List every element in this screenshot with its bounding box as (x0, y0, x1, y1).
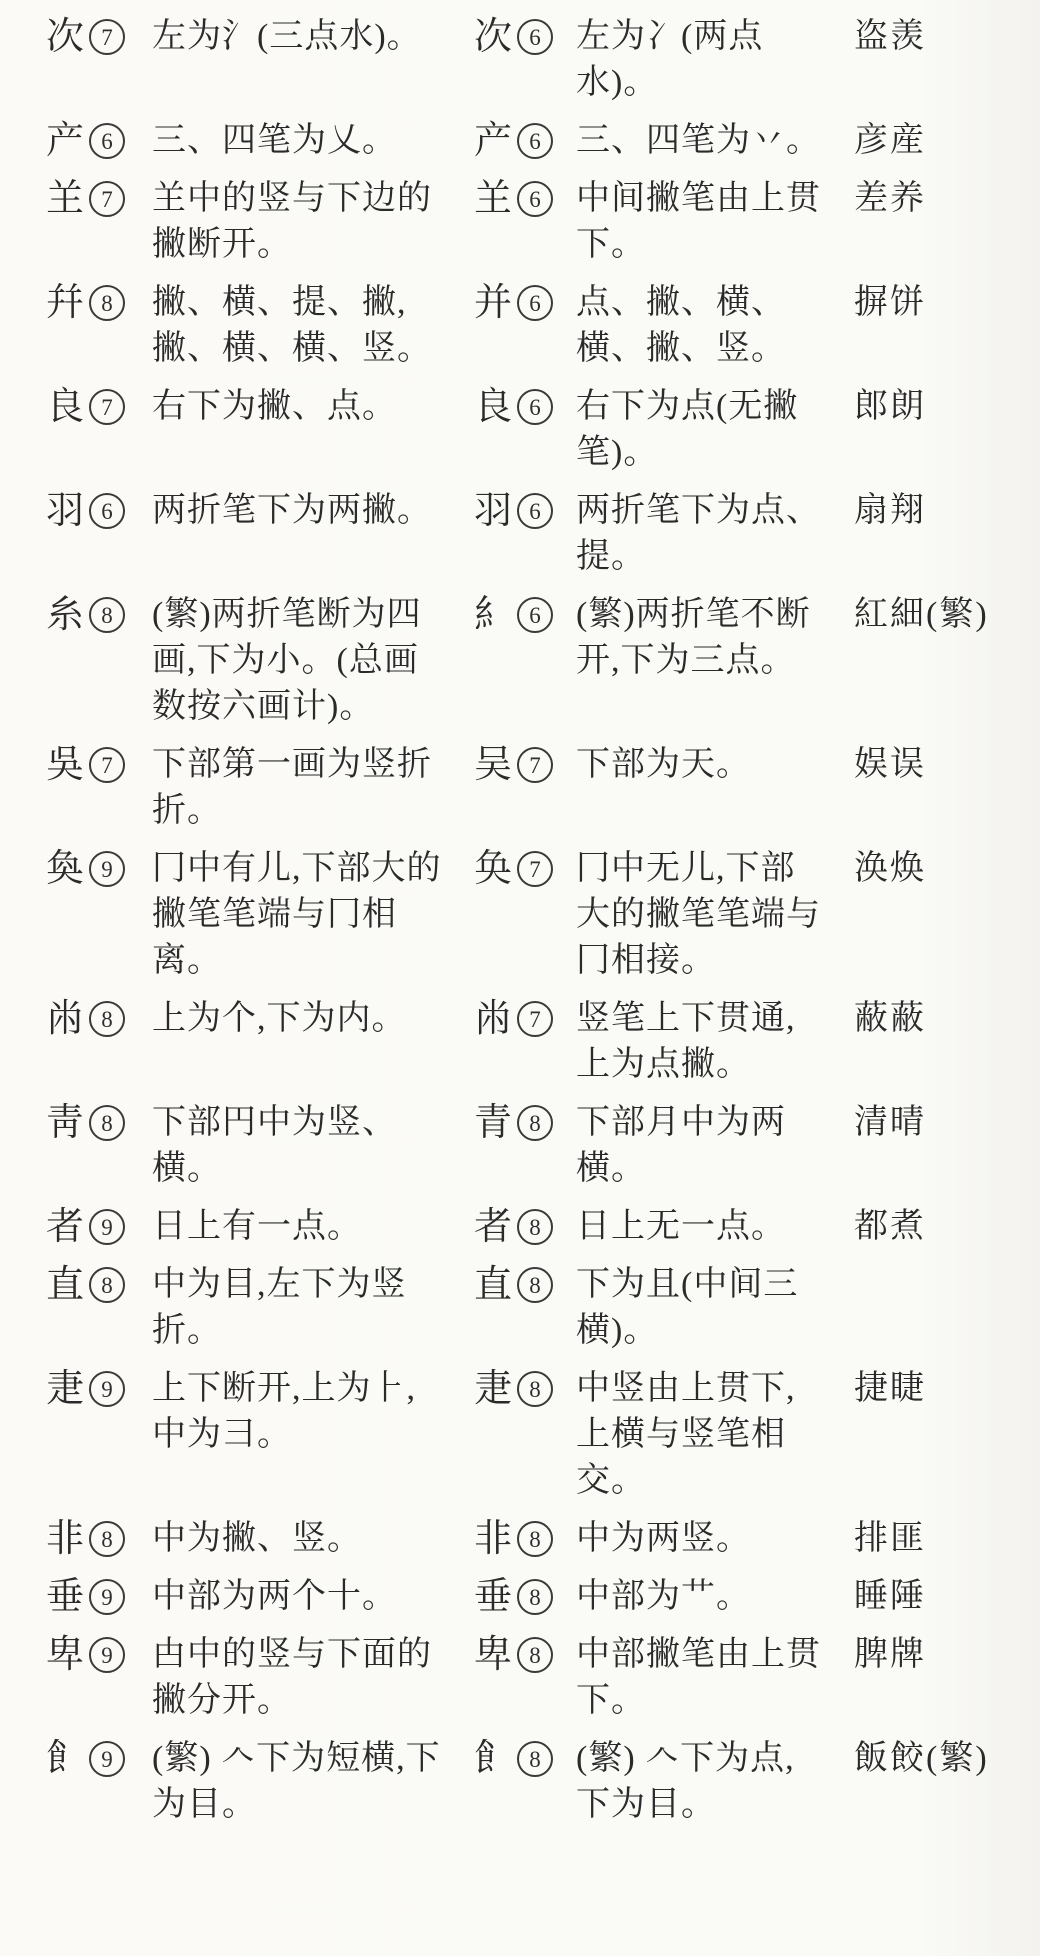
table-row: 奐 9 冂中有儿,下部大的撇笔笔端与冂相离。 奂 7 冂中无儿,下部大的撇笔笔端… (46, 846, 1040, 984)
example-chars: 清晴 (828, 1100, 1016, 1146)
new-stroke-count-badge: 8 (517, 1209, 553, 1245)
new-stroke-count-badge: 8 (517, 1637, 553, 1673)
new-form-description: 中部为艹。 (576, 1574, 828, 1620)
old-form-head: 卑 9 (46, 1632, 152, 1678)
old-form-description: 左为氵(三点水)。 (152, 14, 448, 60)
old-form-description: 上为个,下为内。 (152, 996, 448, 1042)
new-form-char: 直 (474, 1262, 512, 1308)
old-form-char: 疌 (46, 1366, 84, 1412)
old-form-char: 非 (46, 1516, 84, 1562)
old-stroke-count-badge: 8 (89, 1267, 125, 1303)
new-stroke-count-badge: 8 (517, 1105, 553, 1141)
old-form-description: 两折笔下为两撇。 (152, 488, 448, 534)
new-form-head: 疌 8 (474, 1366, 576, 1412)
new-form-head: 飠 8 (474, 1736, 576, 1782)
old-stroke-count-badge: 9 (89, 1371, 125, 1407)
table-row: 直 8 中为目,左下为竖折。 直 8 下为且(中间三横)。 (46, 1262, 1040, 1354)
old-form-head: 糸 8 (46, 592, 152, 638)
table-row: 良 7 右下为撇、点。 良 6 右下为点(无撇笔)。 郎朗 (46, 384, 1040, 476)
example-chars: 差养 (828, 176, 1016, 222)
old-stroke-count-badge: 9 (89, 1579, 125, 1615)
old-form-char: 𦍌 (46, 176, 84, 222)
table-row: 次 7 左为氵(三点水)。 次 6 左为冫(两点水)。 盗羡 (46, 14, 1040, 106)
new-form-head: 青 8 (474, 1100, 576, 1146)
old-form-head: 㡀 8 (46, 996, 152, 1042)
old-form-char: 次 (46, 14, 84, 60)
new-form-description: 三、四笔为丷。 (576, 118, 828, 164)
old-form-description: 𦍌中的竖与下边的撇断开。 (152, 176, 448, 268)
new-form-head: 次 6 (474, 14, 576, 60)
old-form-char: 良 (46, 384, 84, 430)
old-form-head: 靑 8 (46, 1100, 152, 1146)
new-stroke-count-badge: 6 (517, 123, 553, 159)
old-form-description: 撇、横、提、撇,撇、横、横、竖。 (152, 280, 448, 372)
new-form-head: 奂 7 (474, 846, 576, 892)
old-form-char: 奐 (46, 846, 84, 892)
new-form-char: 𦍌 (474, 176, 512, 222)
new-form-description: 竖笔上下贯通,上为点撇。 (576, 996, 828, 1088)
table-row: 非 8 中为撇、竖。 非 8 中为两竖。 排匪 (46, 1516, 1040, 1562)
old-stroke-count-badge: 8 (89, 597, 125, 633)
table-row: 𦍌 7 𦍌中的竖与下边的撇断开。 𦍌 6 中间撇笔由上贯下。 差养 (46, 176, 1040, 268)
new-form-char: 非 (474, 1516, 512, 1562)
table-row: 飠 9 (繁) 𠆢下为短横,下为目。 飠 8 (繁) 𠆢下为点,下为目。 飯餃(… (46, 1736, 1040, 1828)
example-chars: 娱误 (828, 742, 1016, 788)
new-form-description: 中竖由上贯下,上横与竖笔相交。 (576, 1366, 828, 1504)
table-row: 幷 8 撇、横、提、撇,撇、横、横、竖。 并 6 点、撇、横、横、撇、竖。 摒饼 (46, 280, 1040, 372)
new-form-char: 良 (474, 384, 512, 430)
example-chars: 脾牌 (828, 1632, 1016, 1678)
old-stroke-count-badge: 9 (89, 1209, 125, 1245)
old-form-description: 中为撇、竖。 (152, 1516, 448, 1562)
old-form-char: 直 (46, 1262, 84, 1308)
new-form-description: 下为且(中间三横)。 (576, 1262, 828, 1354)
old-stroke-count-badge: 6 (89, 493, 125, 529)
old-stroke-count-badge: 8 (89, 285, 125, 321)
old-stroke-count-badge: 9 (89, 1741, 125, 1777)
new-form-description: 两折笔下为点、提。 (576, 488, 828, 580)
new-form-char: 羽 (474, 488, 512, 534)
table-row: 疌 9 上下断开,上为⺊,中为彐。 疌 8 中竖由上贯下,上横与竖笔相交。 捷睫 (46, 1366, 1040, 1504)
old-form-char: 吳 (46, 742, 84, 788)
table-row: 㡀 8 上为个,下为内。 㡀 7 竖笔上下贯通,上为点撇。 蔽蔽 (46, 996, 1040, 1088)
new-form-char: 青 (474, 1100, 512, 1146)
table-row: 糸 8 (繁)两折笔断为四画,下为小。(总画数按六画计)。 糹 6 (繁)两折笔… (46, 592, 1040, 730)
old-stroke-count-badge: 7 (89, 19, 125, 55)
example-chars: 蔽蔽 (828, 996, 1016, 1042)
old-stroke-count-badge: 7 (89, 389, 125, 425)
table-row: 卑 9 甴中的竖与下面的撇分开。 卑 8 中部撇笔由上贯下。 脾牌 (46, 1632, 1040, 1724)
old-form-head: 次 7 (46, 14, 152, 60)
old-form-char: 卑 (46, 1632, 84, 1678)
old-form-char: 飠 (46, 1736, 84, 1782)
new-form-head: 卑 8 (474, 1632, 576, 1678)
old-form-head: 奐 9 (46, 846, 152, 892)
new-form-char: 飠 (474, 1736, 512, 1782)
table-row: 靑 8 下部円中为竖、横。 青 8 下部月中为两横。 清晴 (46, 1100, 1040, 1192)
new-form-description: 中间撇笔由上贯下。 (576, 176, 828, 268)
new-form-description: 点、撇、横、横、撇、竖。 (576, 280, 828, 372)
old-form-description: 上下断开,上为⺊,中为彐。 (152, 1366, 448, 1458)
new-form-head: 直 8 (474, 1262, 576, 1308)
new-stroke-count-badge: 8 (517, 1741, 553, 1777)
new-form-description: (繁) 𠆢下为点,下为目。 (576, 1736, 828, 1828)
table-row: 羽 6 两折笔下为两撇。 羽 6 两折笔下为点、提。 扇翔 (46, 488, 1040, 580)
old-form-description: (繁)两折笔断为四画,下为小。(总画数按六画计)。 (152, 592, 448, 730)
new-stroke-count-badge: 6 (517, 597, 553, 633)
old-form-description: 日上有一点。 (152, 1204, 448, 1250)
old-form-description: 中为目,左下为竖折。 (152, 1262, 448, 1354)
example-chars: 盗羡 (828, 14, 1016, 60)
new-stroke-count-badge: 8 (517, 1371, 553, 1407)
new-form-description: 日上无一点。 (576, 1204, 828, 1250)
old-form-char: 者 (46, 1204, 84, 1250)
old-form-char: 幷 (46, 280, 84, 326)
new-form-description: 中部撇笔由上贯下。 (576, 1632, 828, 1724)
new-form-head: 垂 8 (474, 1574, 576, 1620)
new-form-char: 次 (474, 14, 512, 60)
new-form-description: 下部月中为两横。 (576, 1100, 828, 1192)
example-chars: 郎朗 (828, 384, 1016, 430)
new-form-description: (繁)两折笔不断开,下为三点。 (576, 592, 828, 684)
old-form-description: 下部円中为竖、横。 (152, 1100, 448, 1192)
new-stroke-count-badge: 6 (517, 493, 553, 529)
old-stroke-count-badge: 7 (89, 181, 125, 217)
example-chars: 摒饼 (828, 280, 1016, 326)
new-form-char: 吴 (474, 742, 512, 788)
table-row: 产 6 三、四笔为乂。 产 6 三、四笔为丷。 彦産 (46, 118, 1040, 164)
new-form-head: 糹 6 (474, 592, 576, 638)
old-form-head: 羽 6 (46, 488, 152, 534)
example-chars: 捷睫 (828, 1366, 1016, 1412)
old-form-char: 靑 (46, 1100, 84, 1146)
new-form-char: 产 (474, 118, 512, 164)
new-stroke-count-badge: 8 (517, 1579, 553, 1615)
old-stroke-count-badge: 8 (89, 1001, 125, 1037)
new-form-head: 良 6 (474, 384, 576, 430)
new-form-head: 产 6 (474, 118, 576, 164)
old-form-description: 甴中的竖与下面的撇分开。 (152, 1632, 448, 1724)
new-stroke-count-badge: 8 (517, 1521, 553, 1557)
new-form-description: 左为冫(两点水)。 (576, 14, 828, 106)
old-stroke-count-badge: 6 (89, 123, 125, 159)
table-row: 吳 7 下部第一画为竖折折。 吴 7 下部为天。 娱误 (46, 742, 1040, 834)
old-stroke-count-badge: 7 (89, 747, 125, 783)
new-form-char: 㡀 (474, 996, 512, 1042)
old-form-description: (繁) 𠆢下为短横,下为目。 (152, 1736, 448, 1828)
old-form-head: 良 7 (46, 384, 152, 430)
old-form-head: 疌 9 (46, 1366, 152, 1412)
new-form-head: 吴 7 (474, 742, 576, 788)
new-form-char: 并 (474, 280, 512, 326)
new-form-head: 𦍌 6 (474, 176, 576, 222)
old-form-head: 飠 9 (46, 1736, 152, 1782)
new-stroke-count-badge: 8 (517, 1267, 553, 1303)
new-form-description: 中为两竖。 (576, 1516, 828, 1562)
new-form-description: 右下为点(无撇笔)。 (576, 384, 828, 476)
old-form-char: 垂 (46, 1574, 84, 1620)
old-form-description: 冂中有儿,下部大的撇笔笔端与冂相离。 (152, 846, 448, 984)
old-form-head: 产 6 (46, 118, 152, 164)
example-chars: 彦産 (828, 118, 1016, 164)
new-form-char: 奂 (474, 846, 512, 892)
new-form-head: 羽 6 (474, 488, 576, 534)
new-stroke-count-badge: 6 (517, 181, 553, 217)
new-stroke-count-badge: 6 (517, 19, 553, 55)
example-chars: 都煮 (828, 1204, 1016, 1250)
old-form-description: 中部为两个十。 (152, 1574, 448, 1620)
old-form-char: 糸 (46, 592, 84, 638)
old-form-head: 直 8 (46, 1262, 152, 1308)
new-stroke-count-badge: 6 (517, 285, 553, 321)
table-row: 垂 9 中部为两个十。 垂 8 中部为艹。 睡陲 (46, 1574, 1040, 1620)
old-form-char: 羽 (46, 488, 84, 534)
old-form-char: 产 (46, 118, 84, 164)
old-form-head: 𦍌 7 (46, 176, 152, 222)
scanned-dictionary-page: { "page": { "background": "#fbfaf7", "te… (0, 0, 1040, 1956)
new-form-char: 糹 (474, 592, 512, 638)
table-row: 者 9 日上有一点。 者 8 日上无一点。 都煮 (46, 1204, 1040, 1250)
new-form-char: 疌 (474, 1366, 512, 1412)
new-form-head: 并 6 (474, 280, 576, 326)
old-stroke-count-badge: 9 (89, 1637, 125, 1673)
example-chars: 排匪 (828, 1516, 1016, 1562)
new-form-char: 者 (474, 1204, 512, 1250)
new-stroke-count-badge: 7 (517, 747, 553, 783)
comparison-table: 次 7 左为氵(三点水)。 次 6 左为冫(两点水)。 盗羡 产 6 三、四笔为… (46, 14, 1040, 1828)
new-form-head: 者 8 (474, 1204, 576, 1250)
new-form-head: 非 8 (474, 1516, 576, 1562)
new-form-description: 冂中无儿,下部大的撇笔笔端与冂相接。 (576, 846, 828, 984)
new-form-char: 卑 (474, 1632, 512, 1678)
old-form-head: 非 8 (46, 1516, 152, 1562)
new-form-description: 下部为天。 (576, 742, 828, 788)
new-stroke-count-badge: 6 (517, 389, 553, 425)
old-form-head: 垂 9 (46, 1574, 152, 1620)
example-chars: 睡陲 (828, 1574, 1016, 1620)
old-form-char: 㡀 (46, 996, 84, 1042)
new-stroke-count-badge: 7 (517, 1001, 553, 1037)
example-chars: 扇翔 (828, 488, 1016, 534)
old-stroke-count-badge: 8 (89, 1521, 125, 1557)
new-stroke-count-badge: 7 (517, 851, 553, 887)
new-form-head: 㡀 7 (474, 996, 576, 1042)
old-form-description: 右下为撇、点。 (152, 384, 448, 430)
old-form-head: 者 9 (46, 1204, 152, 1250)
old-form-description: 三、四笔为乂。 (152, 118, 448, 164)
old-form-head: 吳 7 (46, 742, 152, 788)
old-form-description: 下部第一画为竖折折。 (152, 742, 448, 834)
old-stroke-count-badge: 9 (89, 851, 125, 887)
example-chars: 涣焕 (828, 846, 1016, 892)
example-chars: 紅細(繁) (828, 592, 1016, 638)
old-stroke-count-badge: 8 (89, 1105, 125, 1141)
old-form-head: 幷 8 (46, 280, 152, 326)
example-chars: 飯餃(繁) (828, 1736, 1016, 1782)
new-form-char: 垂 (474, 1574, 512, 1620)
